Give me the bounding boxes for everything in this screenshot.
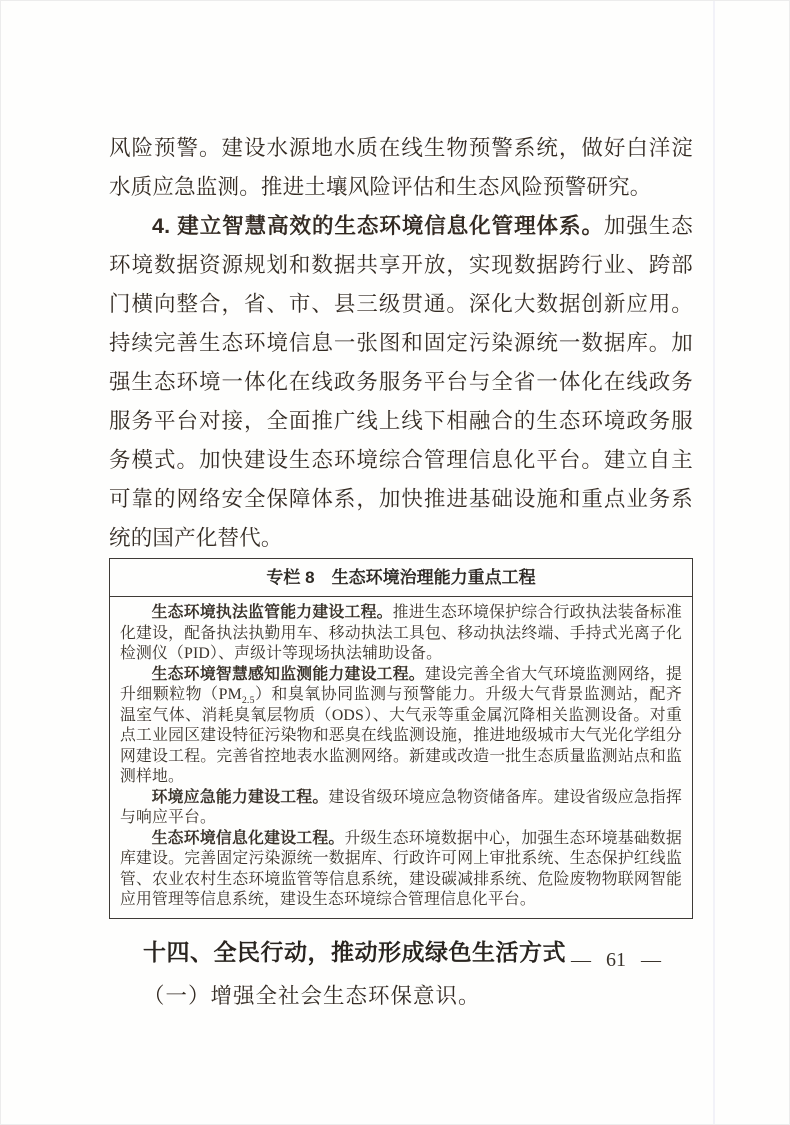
item-4-text: 加强生态环境数据资源规划和数据共享开放，实现数据跨行业、跨部门横向整合，省、市、… (109, 214, 693, 550)
pm25-subscript: 2.5 (242, 695, 255, 706)
item-4-lead: 4. 建立智慧高效的生态环境信息化管理体系。 (152, 214, 604, 238)
paragraph-risk-warning: 风险预警。建设水源地水质在线生物预警系统，做好白洋淀水质应急监测。推进土壤风险评… (109, 129, 693, 207)
column-box-title: 专栏 8 生态环境治理能力重点工程 (110, 559, 692, 597)
content-column: 风险预警。建设水源地水质在线生物预警系统，做好白洋淀水质应急监测。推进土壤风险评… (109, 129, 693, 1010)
column-box-body: 生态环境执法监管能力建设工程。推进生态环境保护综合行政执法装备标准化建设，配备执… (110, 597, 692, 918)
page-number: — 61 — (571, 949, 661, 972)
column-box-8: 专栏 8 生态环境治理能力重点工程 生态环境执法监管能力建设工程。推进生态环境保… (109, 558, 693, 919)
box-paragraph-monitoring: 生态环境智慧感知监测能力建设工程。建设完善全省大气环境监测网络，提升细颗粒物（P… (120, 665, 682, 788)
box-paragraph-enforcement: 生态环境执法监管能力建设工程。推进生态环境保护综合行政执法装备标准化建设，配备执… (120, 603, 682, 665)
scan-artifact-line (713, 1, 715, 1124)
paragraph-item-4: 4. 建立智慧高效的生态环境信息化管理体系。加强生态环境数据资源规划和数据共享开… (109, 207, 693, 558)
box-paragraph-enforcement-lead: 生态环境执法监管能力建设工程。 (152, 604, 393, 621)
document-page: 风险预警。建设水源地水质在线生物预警系统，做好白洋淀水质应急监测。推进土壤风险评… (0, 0, 790, 1125)
box-paragraph-emergency-lead: 环境应急能力建设工程。 (152, 789, 329, 806)
box-paragraph-informatization: 生态环境信息化建设工程。升级生态环境数据中心，加强生态环境基础数据库建设。完善固… (120, 829, 682, 911)
box-paragraph-emergency: 环境应急能力建设工程。建设省级环境应急物资储备库。建设省级应急指挥与响应平台。 (120, 788, 682, 829)
subsection-heading-1: （一）增强全社会生态环保意识。 (143, 979, 693, 1010)
box-paragraph-informatization-lead: 生态环境信息化建设工程。 (152, 830, 345, 847)
box-paragraph-monitoring-lead: 生态环境智慧感知监测能力建设工程。 (152, 666, 425, 683)
